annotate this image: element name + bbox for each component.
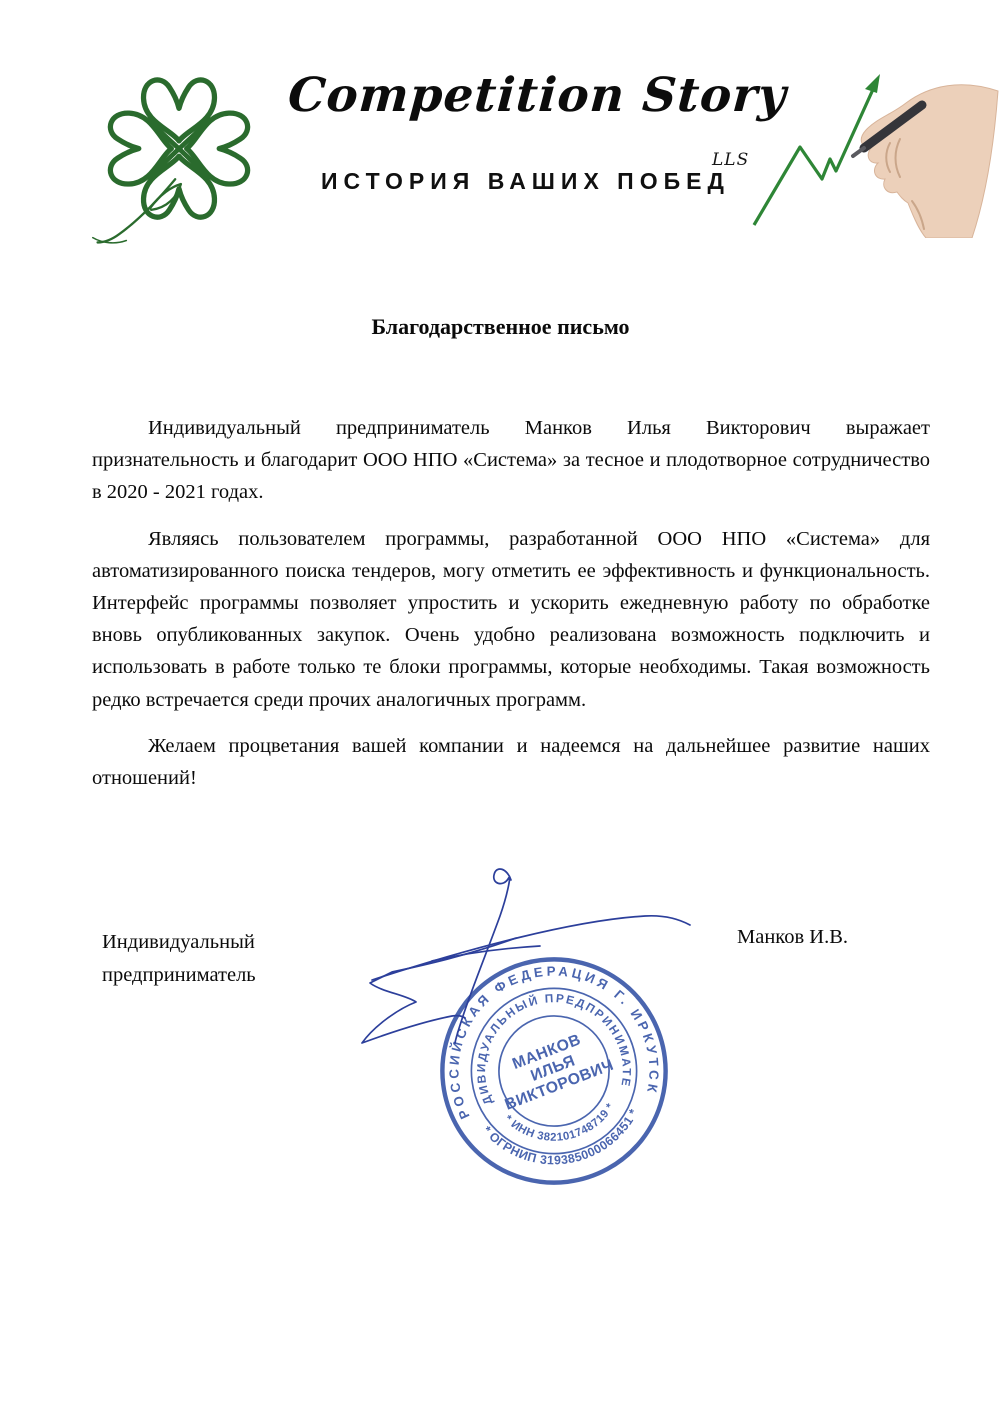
letter-title: Благодарственное письмо (0, 314, 1001, 340)
paragraph-3: Желаем процветания вашей компании и наде… (92, 730, 930, 794)
handwritten-signature (350, 845, 695, 1055)
clover-logo-icon (88, 56, 270, 244)
hand-growth-chart-image (740, 53, 1000, 238)
signatory-title: Индивидуальный предприниматель (102, 926, 256, 992)
paragraph-2: Являясь пользователем программы, разрабо… (92, 523, 930, 716)
signatory-title-line2: предприниматель (102, 959, 256, 992)
signatory-title-line1: Индивидуальный (102, 926, 256, 959)
letter-body: Индивидуальный предприниматель Манков Ил… (92, 412, 930, 808)
brand-tagline: ИСТОРИЯ ВАШИХ ПОБЕД (321, 168, 721, 195)
signatory-name: Манков И.В. (737, 926, 848, 949)
brand-name: Competition Story (284, 68, 760, 158)
letter-page: Competition Story LLS ИСТОРИЯ ВАШИХ ПОБЕ… (0, 0, 1001, 1401)
hand-shape (861, 85, 998, 238)
paragraph-1: Индивидуальный предприниматель Манков Ил… (92, 412, 930, 509)
arrow-head-icon (865, 74, 880, 93)
